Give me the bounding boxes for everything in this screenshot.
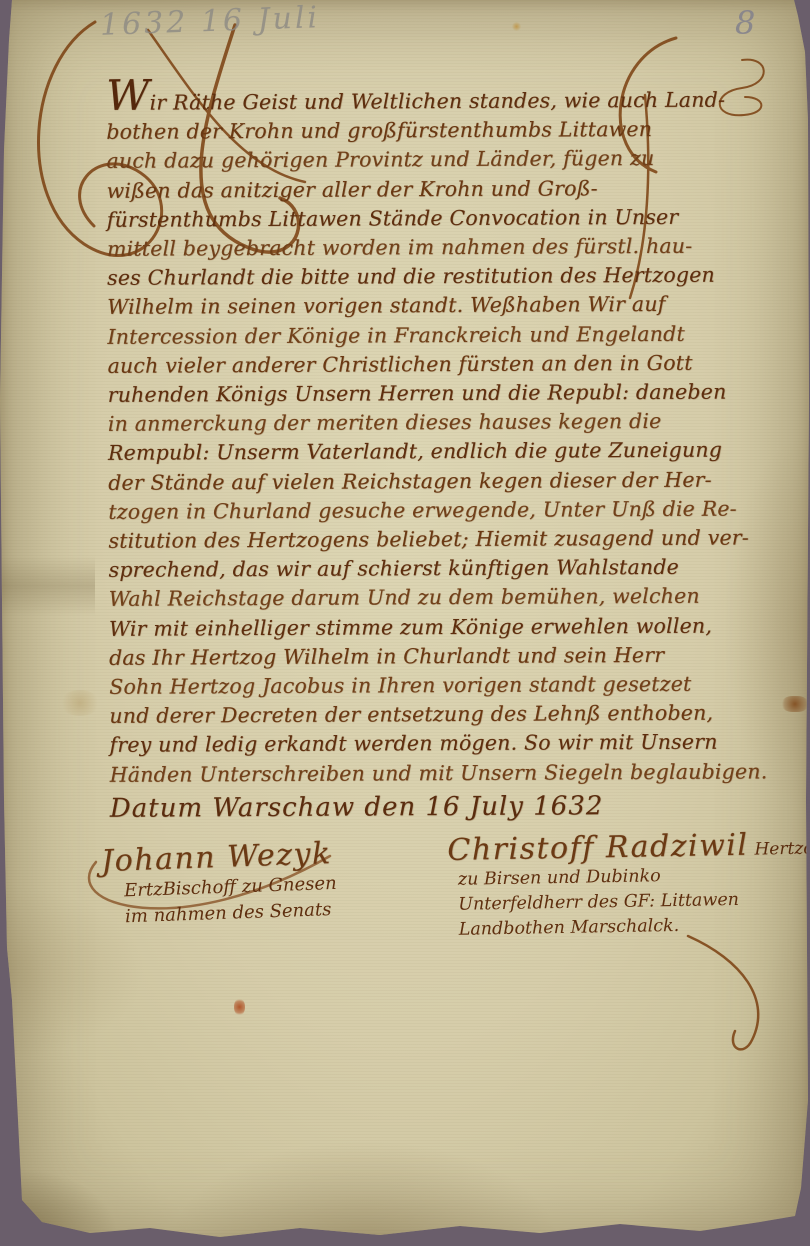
manuscript-line: fürstenthumbs Littawen Stände Convocatio… — [107, 202, 801, 235]
manuscript-line: Rempubl: Unserm Vaterlandt, endlich die … — [108, 436, 802, 469]
manuscript-line: ses Churlandt die bitte und die restitut… — [107, 260, 801, 293]
manuscript-line: und derer Decreten der entsetzung des Le… — [109, 698, 803, 731]
manuscript-line: wißen das anitziger aller der Krohn und … — [107, 173, 801, 206]
manuscript-line: Sohn Hertzog Jacobus in Ihren vorigen st… — [109, 669, 803, 702]
manuscript-line: tzogen in Churland gesuche erwegende, Un… — [108, 494, 802, 527]
manuscript-line: Wahl Reichstage darum Und zu dem bemühen… — [109, 582, 803, 615]
folio-number: 8 — [735, 4, 755, 42]
manuscript-body: Wir Räthe Geist und Weltlichen standes, … — [106, 82, 804, 823]
signature-rank: Hertzog — [754, 838, 810, 859]
manuscript-line: das Ihr Hertzog Wilhelm in Churlandt und… — [109, 640, 803, 673]
manuscript-line: auch vieler anderer Christlichen fürsten… — [107, 348, 801, 381]
foxing-spot — [512, 22, 521, 31]
manuscript-line: bothen der Krohn und großfürstenthumbs L… — [106, 114, 800, 147]
pencil-date-annotation: 1632 16 Juli — [99, 0, 320, 43]
manuscript-line: der Stände auf vielen Reichstagen kegen … — [108, 465, 802, 498]
foxing-spot — [60, 690, 100, 716]
manuscript-line: stitution des Hertzogens beliebet; Hiemi… — [108, 523, 802, 556]
manuscript-line: frey und ledig erkandt werden mögen. So … — [109, 728, 803, 761]
signature-left: Johann Wezyk ErtzBischoff zu Gnesen im n… — [101, 836, 338, 931]
manuscript-line: in anmerckung der meriten dieses hauses … — [108, 406, 802, 439]
manuscript-line: Wir mit einhelliger stimme zum Könige er… — [109, 611, 803, 644]
bottom-swash-flourish — [688, 936, 758, 1049]
manuscript-page: 1632 16 Juli 8 Wir Räthe Geist und Weltl… — [0, 0, 810, 1246]
manuscript-line: ruhenden Königs Unsern Herren und die Re… — [108, 377, 802, 410]
manuscript-line: Intercession der Könige in Franckreich u… — [107, 319, 801, 352]
signature-right: Christoff RadziwilHertzog zu Birsen und … — [447, 827, 789, 943]
red-ink-stain — [234, 998, 245, 1016]
signature-title-line: Landbothen Marschalck. — [459, 912, 789, 943]
paper-crease — [0, 556, 95, 616]
manuscript-line: Wir Räthe Geist und Weltlichen standes, … — [106, 82, 800, 118]
manuscript-line: sprechend, das wir auf schierst künftige… — [109, 552, 803, 585]
manuscript-line: Händen Unterschreiben und mit Unsern Sie… — [110, 757, 804, 790]
manuscript-line: Wilhelm in seinen vorigen standt. Weßhab… — [107, 290, 801, 323]
manuscript-line: auch dazu gehörigen Provintz und Länder,… — [106, 144, 800, 177]
signature-name: Christoff Radziwil — [447, 828, 749, 868]
dateline: Datum Warschaw den 16 July 1632 — [110, 790, 804, 824]
manuscript-line: mittell beygebracht worden im nahmen des… — [107, 231, 801, 264]
